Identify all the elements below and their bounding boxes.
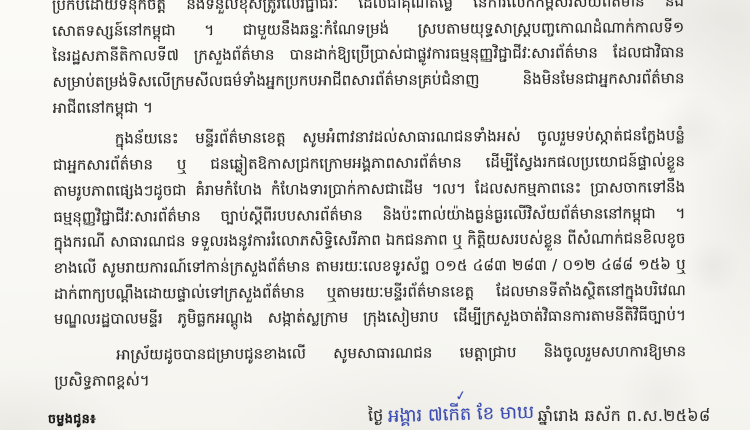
date-line: ថ្ងៃអង្គារ ៧កើត ខែ មាឃ✓ឆ្នាំរោង ឆស័ក ព.ស…: [368, 403, 711, 430]
paragraph-2: ក្នុងន័យនេះ មន្ទីរព័ត៌មានខេត្ត សូមអំពាវន…: [53, 124, 686, 333]
handwritten-date: អង្គារ ៧កើត ខែ មាឃ✓: [387, 400, 534, 430]
date-printed-prefix: ថ្ងៃ: [368, 406, 384, 425]
scanned-document-page: ប្រកបដោយទំនុកចិត្ត និងទំនួលខុសត្រូវលើវិជ…: [0, 0, 750, 430]
text-line: មណ្ឌលរដ្ឋបាលមន្ទីរ ភូមិធ្លកអណ្តូង សង្កាត…: [54, 303, 686, 333]
check-mark-icon: ✓: [454, 388, 467, 405]
text-line: តាមរូបភាពផ្សេងៗដូចជា គំរាមកំហែង កំហែងទារ…: [53, 175, 685, 205]
text-line: ដាក់ពាក្យបណ្តឹងដោយផ្ទាល់ទៅក្រសួងព័ត៌មាន …: [54, 278, 686, 308]
document-body-text: ប្រកបដោយទំនុកចិត្ត និងទំនួលខុសត្រូវលើវិជ…: [52, 0, 686, 394]
text-line: ធម្មនុញ្ញវិជ្ជាជីវៈសារព័ត៌មាន ច្បាប់ស្តី…: [53, 201, 685, 231]
paragraph-3: អាស្រ័យដូចបានជម្រាបជូនខាងលើ សូមសាធារណជន …: [54, 339, 686, 394]
text-line: ក្នុងន័យនេះ មន្ទីរព័ត៌មានខេត្ត សូមអំពាវន…: [53, 124, 685, 154]
text-line: នៃរដ្ឋសភានីតិកាលទី៧ ក្រសួងព័ត៌មាន បានដាក…: [52, 41, 684, 71]
copy-to-label: ចម្លងជូន៖: [48, 411, 96, 430]
date-printed-suffix: ឆ្នាំរោង ឆស័ក ព.ស.២៥៦៨: [538, 406, 711, 425]
paragraph-1: ប្រកបដោយទំនុកចិត្ត និងទំនួលខុសត្រូវលើវិជ…: [52, 0, 685, 121]
handwritten-date-text: អង្គារ ៧កើត ខែ មាឃ: [387, 402, 534, 427]
text-line: អាស្រ័យដូចបានជម្រាបជូនខាងលើ សូមសាធារណជន …: [54, 339, 686, 369]
text-line: ខាងលើ សូមរាយការណ៍ទៅកាន់ក្រសួងព័ត៌មាន តាម…: [54, 252, 686, 282]
text-line: សោតទស្សន៍នៅកម្ពុជា ។ ជាមួយនឹងឆន្ទៈកំណែទម…: [52, 15, 684, 45]
text-line: ប្រសិទ្ធភាពខ្ពស់។: [54, 365, 686, 395]
text-line: អាជីពនៅកម្ពុជា ។: [53, 92, 685, 122]
text-line: ជាអ្នកសារព័ត៌មាន ឬ ជនឆ្លៀតឱកាសជ្រកក្រោមអ…: [53, 149, 685, 179]
text-line: ក្នុងករណី សាធារណជន ទទួលរងនូវការរំលោភសិទ្…: [53, 226, 685, 256]
text-line: សម្រាប់តម្រង់ទិសលើក្រមសីលធម៌ទាំងអ្នកប្រក…: [52, 66, 684, 96]
